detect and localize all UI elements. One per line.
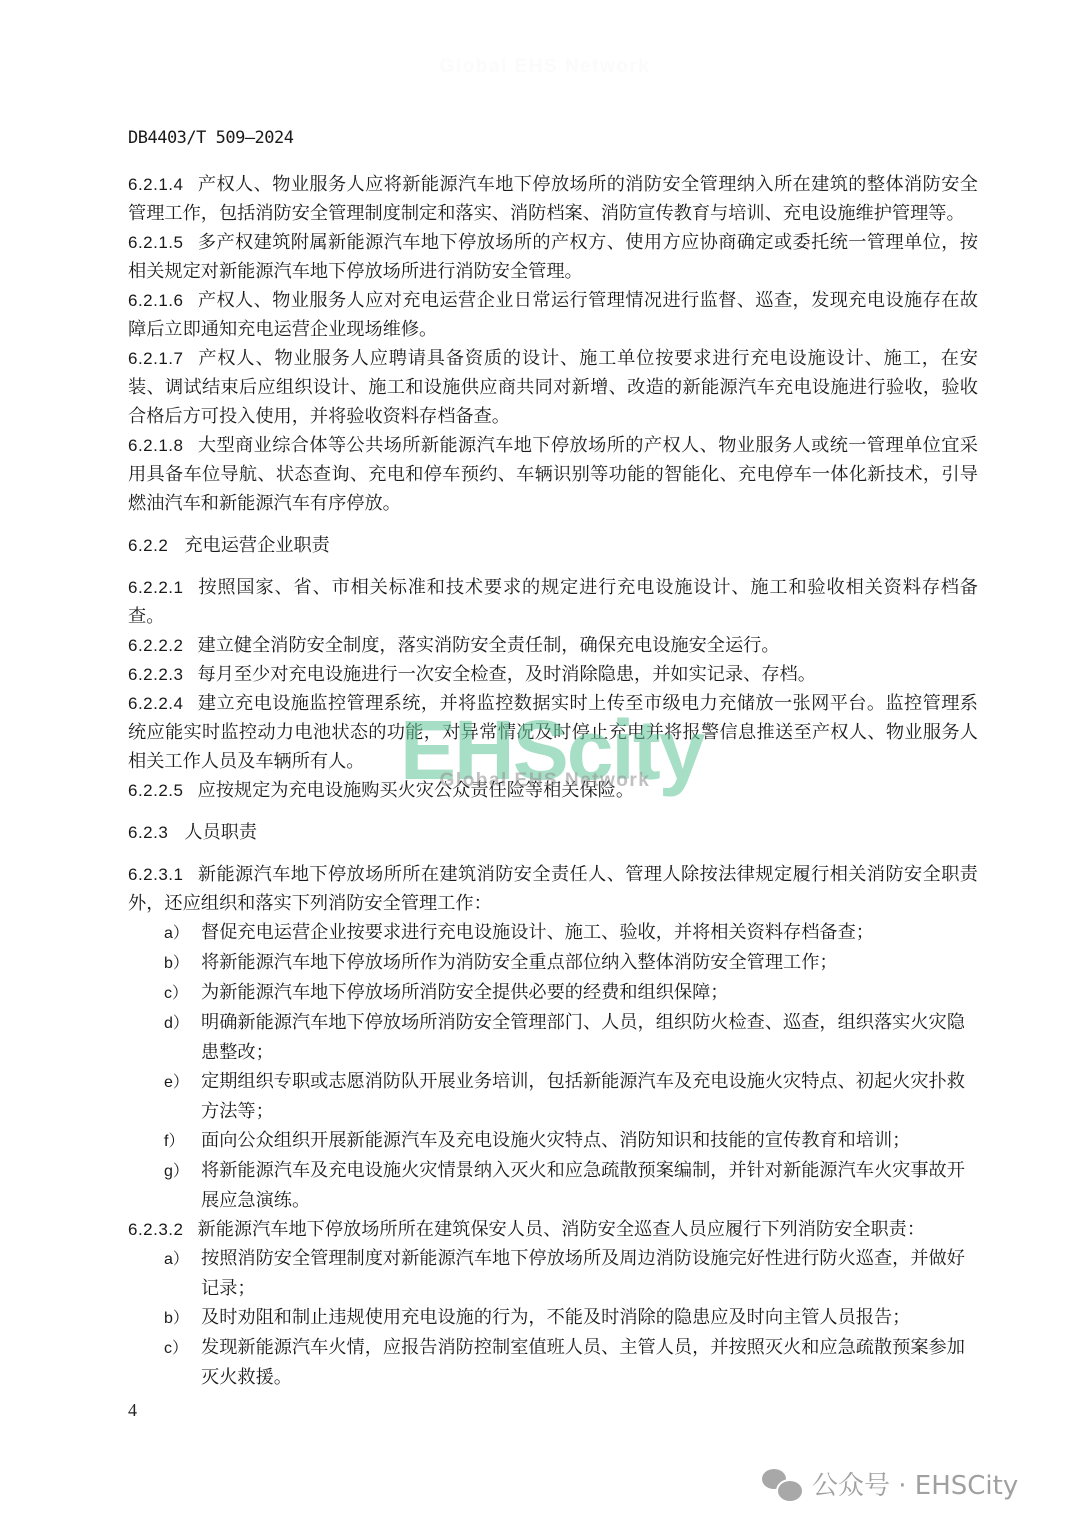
- list-item: f）面向公众组织开展新能源汽车及充电设施火灾特点、消防知识和技能的宣传教育和培训…: [128, 1126, 978, 1156]
- heading-title: 充电运营企业职责: [184, 535, 330, 556]
- list-marker: c）: [164, 1334, 201, 1363]
- clause-text: 产权人、物业服务人应聘请具备资质的设计、施工单位按要求进行充电设施设计、施工，在…: [128, 348, 978, 427]
- clause-text: 大型商业综合体等公共场所新能源汽车地下停放场所的产权人、物业服务人或统一管理单位…: [128, 435, 978, 514]
- clause-text: 按照国家、省、市相关标准和技术要求的规定进行充电设施设计、施工和验收相关资料存档…: [128, 577, 978, 627]
- document-page: Global EHS Network DB4403/T 509—2024 6.2…: [0, 0, 1080, 1528]
- list-marker: a）: [164, 1245, 201, 1274]
- list-marker: g）: [164, 1157, 201, 1186]
- clause-number: 6.2.3.1: [128, 865, 184, 884]
- footer-watermark-text: 公众号 · EHSCity: [812, 1465, 1018, 1502]
- list-item: a）督促充电运营企业按要求进行充电设施设计、施工、验收，并将相关资料存档备查；: [128, 918, 978, 948]
- list-marker: c）: [164, 979, 201, 1008]
- clause-number: 6.2.1.4: [128, 175, 184, 194]
- clause-number: 6.2.2.1: [128, 578, 184, 597]
- clause-text: 产权人、物业服务人应对充电运营企业日常运行管理情况进行监督、巡查，发现充电设施存…: [128, 290, 978, 340]
- list-item-text: 面向公众组织开展新能源汽车及充电设施火灾特点、消防知识和技能的宣传教育和培训；: [201, 1130, 910, 1151]
- clause-6-2-1-4: 6.2.1.4产权人、物业服务人应将新能源汽车地下停放场所的消防安全管理纳入所在…: [128, 170, 978, 228]
- list-item-text: 为新能源汽车地下停放场所消防安全提供必要的经费和组织保障；: [201, 982, 728, 1003]
- list-item: c）为新能源汽车地下停放场所消防安全提供必要的经费和组织保障；: [128, 978, 978, 1008]
- list-item-text: 定期组织专职或志愿消防队开展业务培训，包括新能源汽车及充电设施火灾特点、初起火灾…: [201, 1071, 965, 1122]
- list-item-text: 督促充电运营企业按要求进行充电设施设计、施工、验收，并将相关资料存档备查；: [201, 922, 874, 943]
- list-marker: b）: [164, 949, 201, 978]
- clause-6-2-1-5: 6.2.1.5多产权建筑附属新能源汽车地下停放场所的产权方、使用方应协商确定或委…: [128, 228, 978, 286]
- list-item: g）将新能源汽车及充电设施火灾情景纳入灭火和应急疏散预案编制，并针对新能源汽车火…: [128, 1156, 978, 1215]
- section-heading-6-2-2: 6.2.2充电运营企业职责: [128, 531, 978, 560]
- clause-text: 应按规定为充电设施购买火灾公众责任险等相关保险。: [198, 780, 635, 801]
- heading-title: 人员职责: [184, 822, 257, 843]
- heading-number: 6.2.3: [128, 823, 168, 842]
- clause-number: 6.2.1.7: [128, 349, 184, 368]
- clause-text: 新能源汽车地下停放场所所在建筑保安人员、消防安全巡查人员应履行下列消防安全职责：: [198, 1219, 926, 1240]
- clause-number: 6.2.3.2: [128, 1220, 184, 1239]
- clause-6-2-1-8: 6.2.1.8大型商业综合体等公共场所新能源汽车地下停放场所的产权人、物业服务人…: [128, 431, 978, 518]
- clause-6-2-1-6: 6.2.1.6产权人、物业服务人应对充电运营企业日常运行管理情况进行监督、巡查，…: [128, 286, 978, 344]
- list-item-text: 及时劝阻和制止违规使用充电设施的行为，不能及时消除的隐患应及时向主管人员报告；: [201, 1307, 910, 1328]
- list-marker: d）: [164, 1009, 201, 1038]
- list-marker: e）: [164, 1068, 201, 1097]
- wechat-icon: [762, 1467, 802, 1501]
- heading-number: 6.2.2: [128, 536, 168, 555]
- clause-number: 6.2.2.3: [128, 665, 184, 684]
- list-marker: a）: [164, 919, 201, 948]
- list-marker: f）: [164, 1127, 201, 1156]
- document-body: 6.2.1.4产权人、物业服务人应将新能源汽车地下停放场所的消防安全管理纳入所在…: [128, 170, 978, 1392]
- clause-6-2-3-1: 6.2.3.1新能源汽车地下停放场所所在建筑消防安全责任人、管理人除按法律规定履…: [128, 860, 978, 918]
- clause-text: 建立健全消防安全制度，落实消防安全责任制，确保充电设施安全运行。: [198, 635, 780, 656]
- page-number: 4: [128, 1400, 137, 1421]
- clause-text: 建立充电设施监控管理系统，并将监控数据实时上传至市级电力充储放一张网平台。监控管…: [128, 693, 978, 772]
- list-item-text: 按照消防安全管理制度对新能源汽车地下停放场所及周边消防设施完好性进行防火巡查，并…: [201, 1248, 965, 1299]
- clause-6-2-3-2: 6.2.3.2新能源汽车地下停放场所所在建筑保安人员、消防安全巡查人员应履行下列…: [128, 1215, 978, 1244]
- clause-6-2-2-4: 6.2.2.4建立充电设施监控管理系统，并将监控数据实时上传至市级电力充储放一张…: [128, 689, 978, 776]
- clause-text: 新能源汽车地下停放场所所在建筑消防安全责任人、管理人除按法律规定履行相关消防安全…: [128, 864, 978, 914]
- list-item: c）发现新能源汽车火情，应报告消防控制室值班人员、主管人员，并按照灭火和应急疏散…: [128, 1333, 978, 1392]
- list-item-text: 发现新能源汽车火情，应报告消防控制室值班人员、主管人员，并按照灭火和应急疏散预案…: [201, 1337, 965, 1388]
- list-item: b）将新能源汽车地下停放场所作为消防安全重点部位纳入整体消防安全管理工作；: [128, 948, 978, 978]
- list-item: d）明确新能源汽车地下停放场所消防安全管理部门、人员，组织防火检查、巡查，组织落…: [128, 1008, 978, 1067]
- list-marker: b）: [164, 1304, 201, 1333]
- clause-6-2-2-3: 6.2.2.3每月至少对充电设施进行一次安全检查，及时消除隐患，并如实记录、存档…: [128, 660, 978, 689]
- document-code: DB4403/T 509—2024: [128, 128, 294, 148]
- list-item-text: 将新能源汽车地下停放场所作为消防安全重点部位纳入整体消防安全管理工作；: [201, 952, 838, 973]
- list-item: e）定期组织专职或志愿消防队开展业务培训，包括新能源汽车及充电设施火灾特点、初起…: [128, 1067, 978, 1126]
- clause-number: 6.2.1.5: [128, 233, 184, 252]
- clause-number: 6.2.2.2: [128, 636, 184, 655]
- clause-6-2-2-2: 6.2.2.2建立健全消防安全制度，落实消防安全责任制，确保充电设施安全运行。: [128, 631, 978, 660]
- clause-number: 6.2.2.4: [128, 694, 184, 713]
- list-item: a）按照消防安全管理制度对新能源汽车地下停放场所及周边消防设施完好性进行防火巡查…: [128, 1244, 978, 1303]
- list-item: b）及时劝阻和制止违规使用充电设施的行为，不能及时消除的隐患应及时向主管人员报告…: [128, 1303, 978, 1333]
- list-item-text: 将新能源汽车及充电设施火灾情景纳入灭火和应急疏散预案编制，并针对新能源汽车火灾事…: [201, 1160, 965, 1211]
- top-watermark-tagline: Global EHS Network: [400, 56, 690, 78]
- clause-6-2-1-7: 6.2.1.7产权人、物业服务人应聘请具备资质的设计、施工单位按要求进行充电设施…: [128, 344, 978, 431]
- clause-number: 6.2.1.6: [128, 291, 184, 310]
- clause-6-2-2-5: 6.2.2.5应按规定为充电设施购买火灾公众责任险等相关保险。: [128, 776, 978, 805]
- clause-text: 每月至少对充电设施进行一次安全检查，及时消除隐患，并如实记录、存档。: [198, 664, 816, 685]
- footer-watermark: 公众号 · EHSCity: [762, 1465, 1018, 1502]
- clause-number: 6.2.1.8: [128, 436, 184, 455]
- clause-text: 产权人、物业服务人应将新能源汽车地下停放场所的消防安全管理纳入所在建筑的整体消防…: [128, 174, 978, 224]
- clause-number: 6.2.2.5: [128, 781, 184, 800]
- section-heading-6-2-3: 6.2.3人员职责: [128, 818, 978, 847]
- clause-6-2-2-1: 6.2.2.1按照国家、省、市相关标准和技术要求的规定进行充电设施设计、施工和验…: [128, 573, 978, 631]
- clause-text: 多产权建筑附属新能源汽车地下停放场所的产权方、使用方应协商确定或委托统一管理单位…: [128, 232, 978, 282]
- list-item-text: 明确新能源汽车地下停放场所消防安全管理部门、人员，组织防火检查、巡查，组织落实火…: [201, 1012, 965, 1063]
